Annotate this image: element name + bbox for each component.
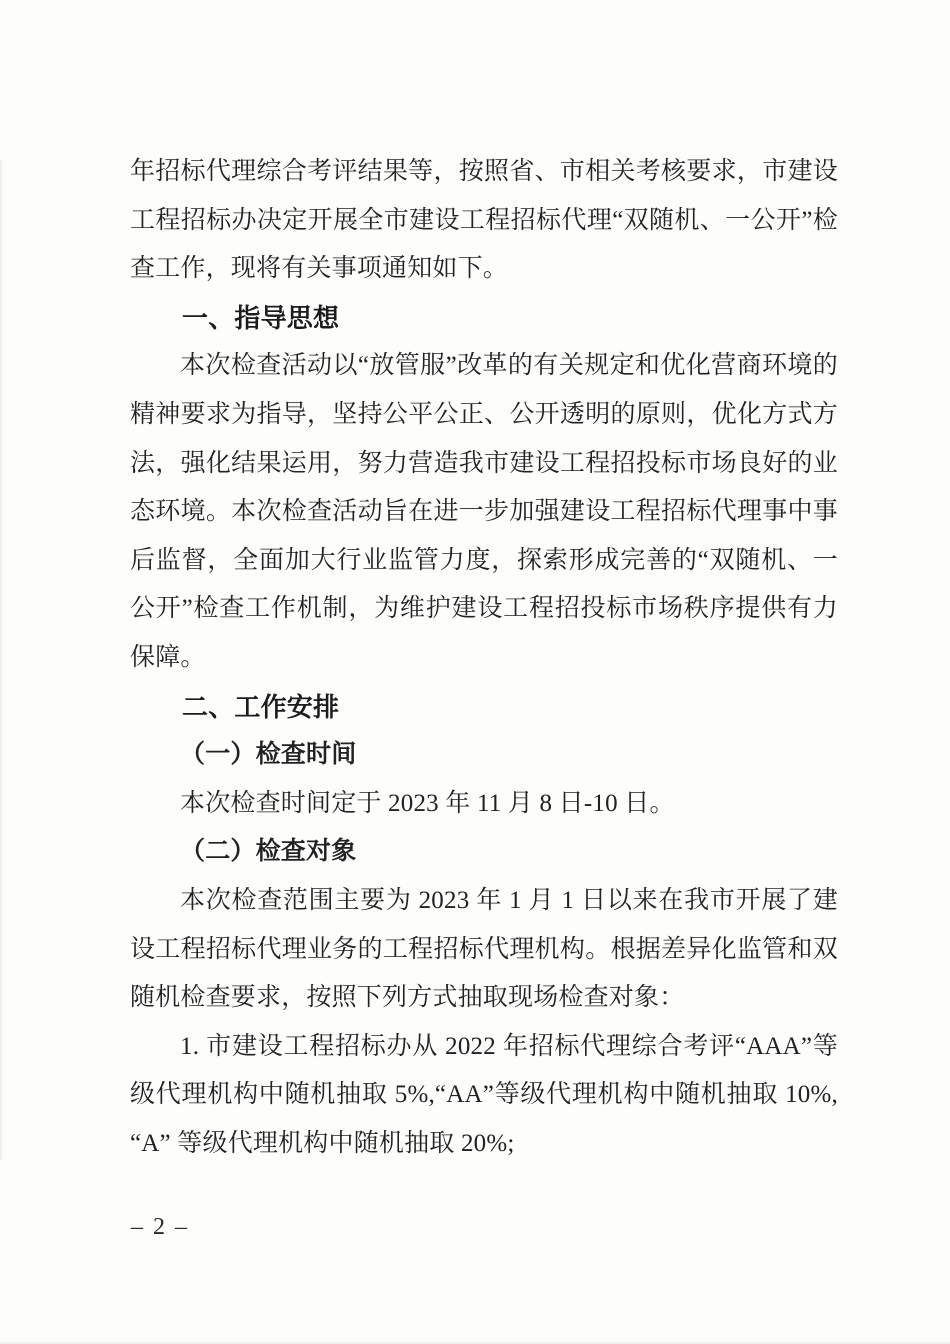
subheading-inspection-time: （一）检查时间 <box>130 731 838 780</box>
heading-section-1-guiding-thought: 一、指导思想 <box>130 294 838 343</box>
paragraph-intro-continuation: 年招标代理综合考评结果等，按照省、市相关考核要求，市建设工程招标办决定开展全市建… <box>130 148 838 294</box>
paragraph-inspection-scope: 本次检查范围主要为 2023 年 1 月 1 日以来在我市开展了建设工程招标代理… <box>130 877 838 1023</box>
paragraph-guiding-principles: 本次检查活动以“放管服”改革的有关规定和优化营商环境的精神要求为指导，坚持公平公… <box>130 342 838 682</box>
subheading-inspection-targets: （二）检查对象 <box>130 828 838 877</box>
scan-edge-left <box>0 160 2 1160</box>
document-body: 年招标代理综合考评结果等，按照省、市相关考核要求，市建设工程招标办决定开展全市建… <box>130 148 838 1168</box>
paragraph-sampling-item-1: 1. 市建设工程招标办从 2022 年招标代理综合考评“AAA”等级代理机构中随… <box>130 1023 838 1169</box>
paragraph-inspection-time: 本次检查时间定于 2023 年 11 月 8 日-10 日。 <box>130 780 838 829</box>
heading-section-2-work-arrangement: 二、工作安排 <box>130 683 838 732</box>
document-page: 年招标代理综合考评结果等，按照省、市相关考核要求，市建设工程招标办决定开展全市建… <box>0 0 950 1344</box>
page-number: – 2 – <box>131 1212 189 1242</box>
